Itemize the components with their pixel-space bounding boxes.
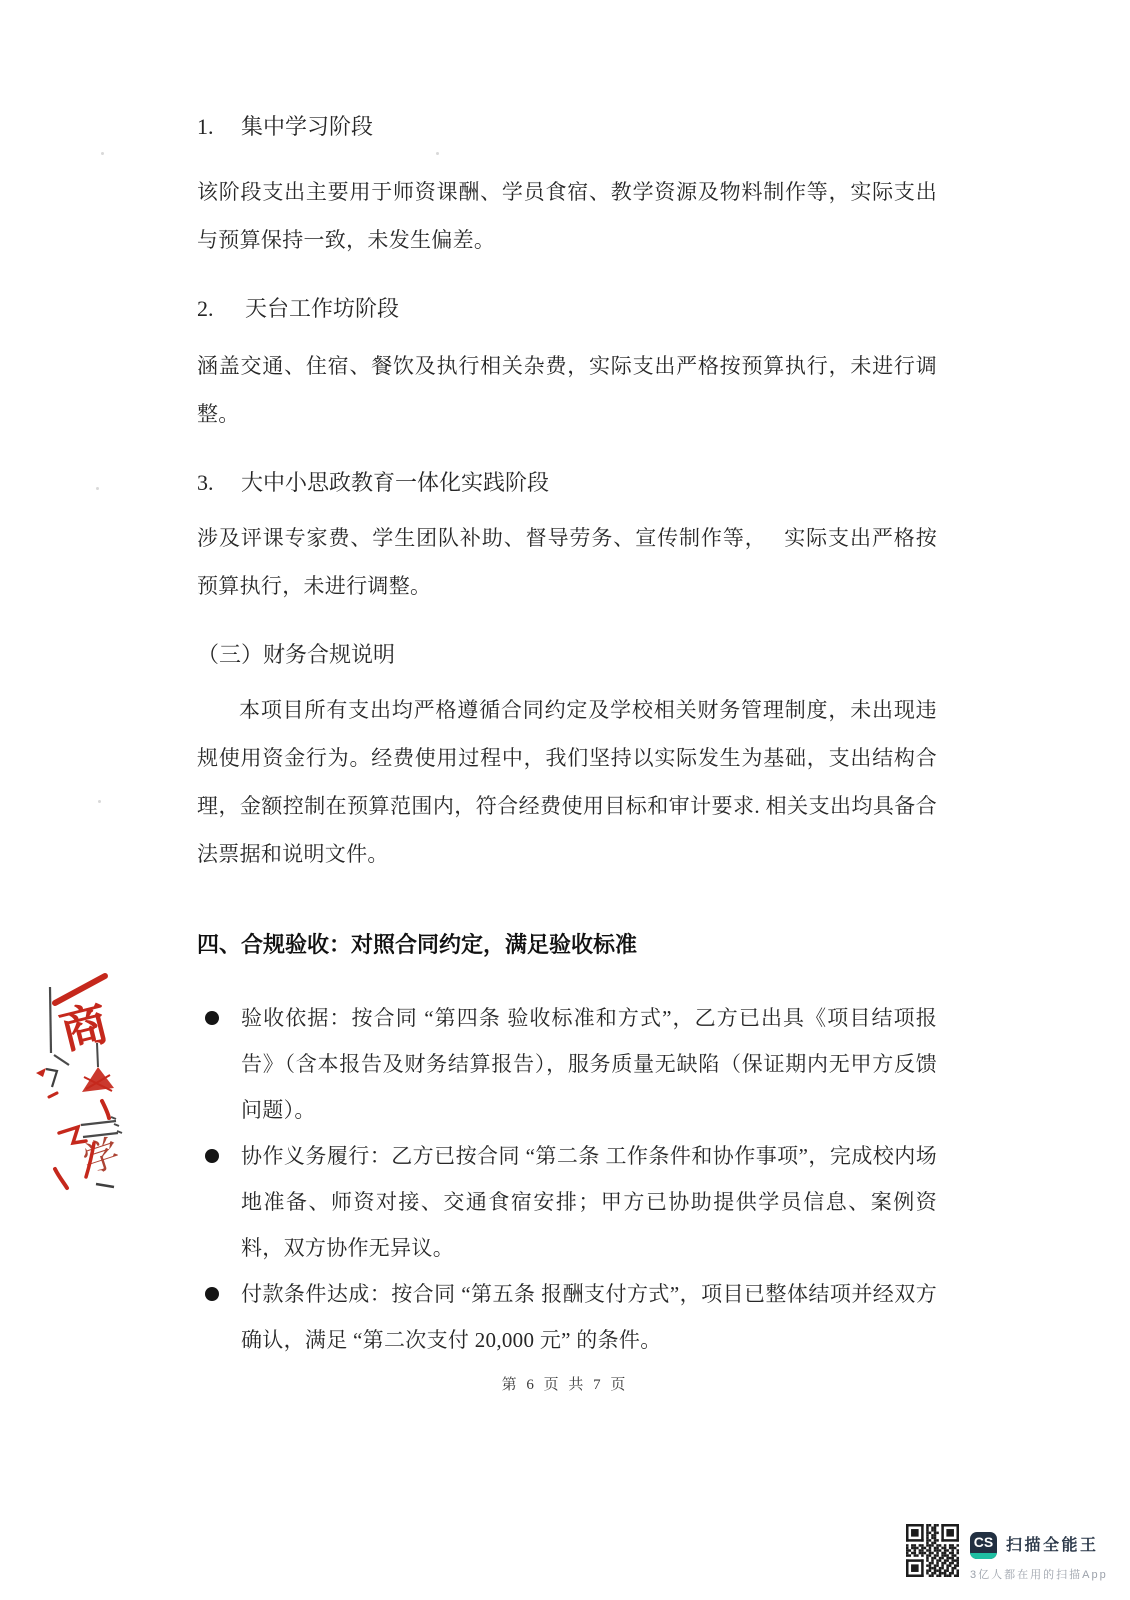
scanned-document-page: 1.集中学习阶段 该阶段支出主要用于师资课酬、学员食宿、教学资源及物料制作等，实… xyxy=(0,0,1130,1600)
section-title-text: 集中学习阶段 xyxy=(241,114,373,139)
camscanner-app-name: 扫描全能王 xyxy=(1006,1532,1099,1555)
section-number: 1. xyxy=(197,112,241,142)
page-number-footer: 第 6 页 共 7 页 xyxy=(0,1373,1130,1394)
section-1-title: 1.集中学习阶段 xyxy=(197,112,937,142)
section-3-body: 涉及评课专家费、学生团队补助、督导劳务、宣传制作等， 实际支出严格按预算执行，未… xyxy=(197,514,937,610)
section-3-title: 3.大中小思政教育一体化实践阶段 xyxy=(197,468,937,498)
section-1-body: 该阶段支出主要用于师资课酬、学员食宿、教学资源及物料制作等，实际支出与预算保持一… xyxy=(197,168,937,264)
scan-speck xyxy=(98,800,101,803)
bullet-icon xyxy=(205,1149,219,1163)
red-seal-stamp: 商 学 xyxy=(26,955,150,1240)
scan-speck xyxy=(436,152,439,155)
finance-section-heading: （三）财务合规说明 xyxy=(197,640,937,670)
qr-code xyxy=(906,1524,959,1577)
section-number: 3. xyxy=(197,468,241,498)
bullet-icon xyxy=(205,1011,219,1025)
scan-speck xyxy=(96,487,99,490)
camscanner-tagline: 3亿人都在用的扫描App xyxy=(970,1566,1108,1582)
camscanner-watermark: CS 扫描全能王 3亿人都在用的扫描App xyxy=(906,1524,1106,1586)
stamp-character-top: 商 xyxy=(55,998,113,1060)
section-2-body: 涵盖交通、住宿、餐饮及执行相关杂费，实际支出严格按预算执行，未进行调整。 xyxy=(197,342,937,438)
finance-section-body: 本项目所有支出均严格遵循合同约定及学校相关财务管理制度，未出现违规使用资金行为。… xyxy=(197,686,937,878)
bullet-icon xyxy=(205,1287,219,1301)
bullet-item: 付款条件达成：按合同 “第五条 报酬支付方式”，项目已整体结项并经双方确认，满足… xyxy=(197,1271,937,1363)
camscanner-logo-icon: CS xyxy=(970,1532,997,1559)
section-title-text: 天台工作坊阶段 xyxy=(245,296,399,321)
acceptance-bullet-list: 验收依据：按合同 “第四条 验收标准和方式”，乙方已出具《项目结项报告》（含本报… xyxy=(197,995,937,1363)
bullet-item: 验收依据：按合同 “第四条 验收标准和方式”，乙方已出具《项目结项报告》（含本报… xyxy=(197,995,937,1133)
bullet-text: 验收依据：按合同 “第四条 验收标准和方式”，乙方已出具《项目结项报告》（含本报… xyxy=(241,1006,937,1122)
logo-teal-band xyxy=(970,1553,997,1559)
bullet-text: 付款条件达成：按合同 “第五条 报酬支付方式”，项目已整体结项并经双方确认，满足… xyxy=(241,1282,937,1352)
section-number: 2. xyxy=(197,294,245,324)
cs-logo-text: CS xyxy=(970,1532,997,1553)
bullet-text: 协作义务履行：乙方已按合同 “第二条 工作条件和协作事项”，完成校内场地准备、师… xyxy=(241,1144,937,1260)
scan-speck xyxy=(101,152,104,155)
section-title-text: 大中小思政教育一体化实践阶段 xyxy=(241,470,549,495)
acceptance-section-heading: 四、合规验收：对照合同约定，满足验收标准 xyxy=(197,930,937,960)
bullet-item: 协作义务履行：乙方已按合同 “第二条 工作条件和协作事项”，完成校内场地准备、师… xyxy=(197,1133,937,1271)
section-2-title: 2.天台工作坊阶段 xyxy=(197,294,937,324)
